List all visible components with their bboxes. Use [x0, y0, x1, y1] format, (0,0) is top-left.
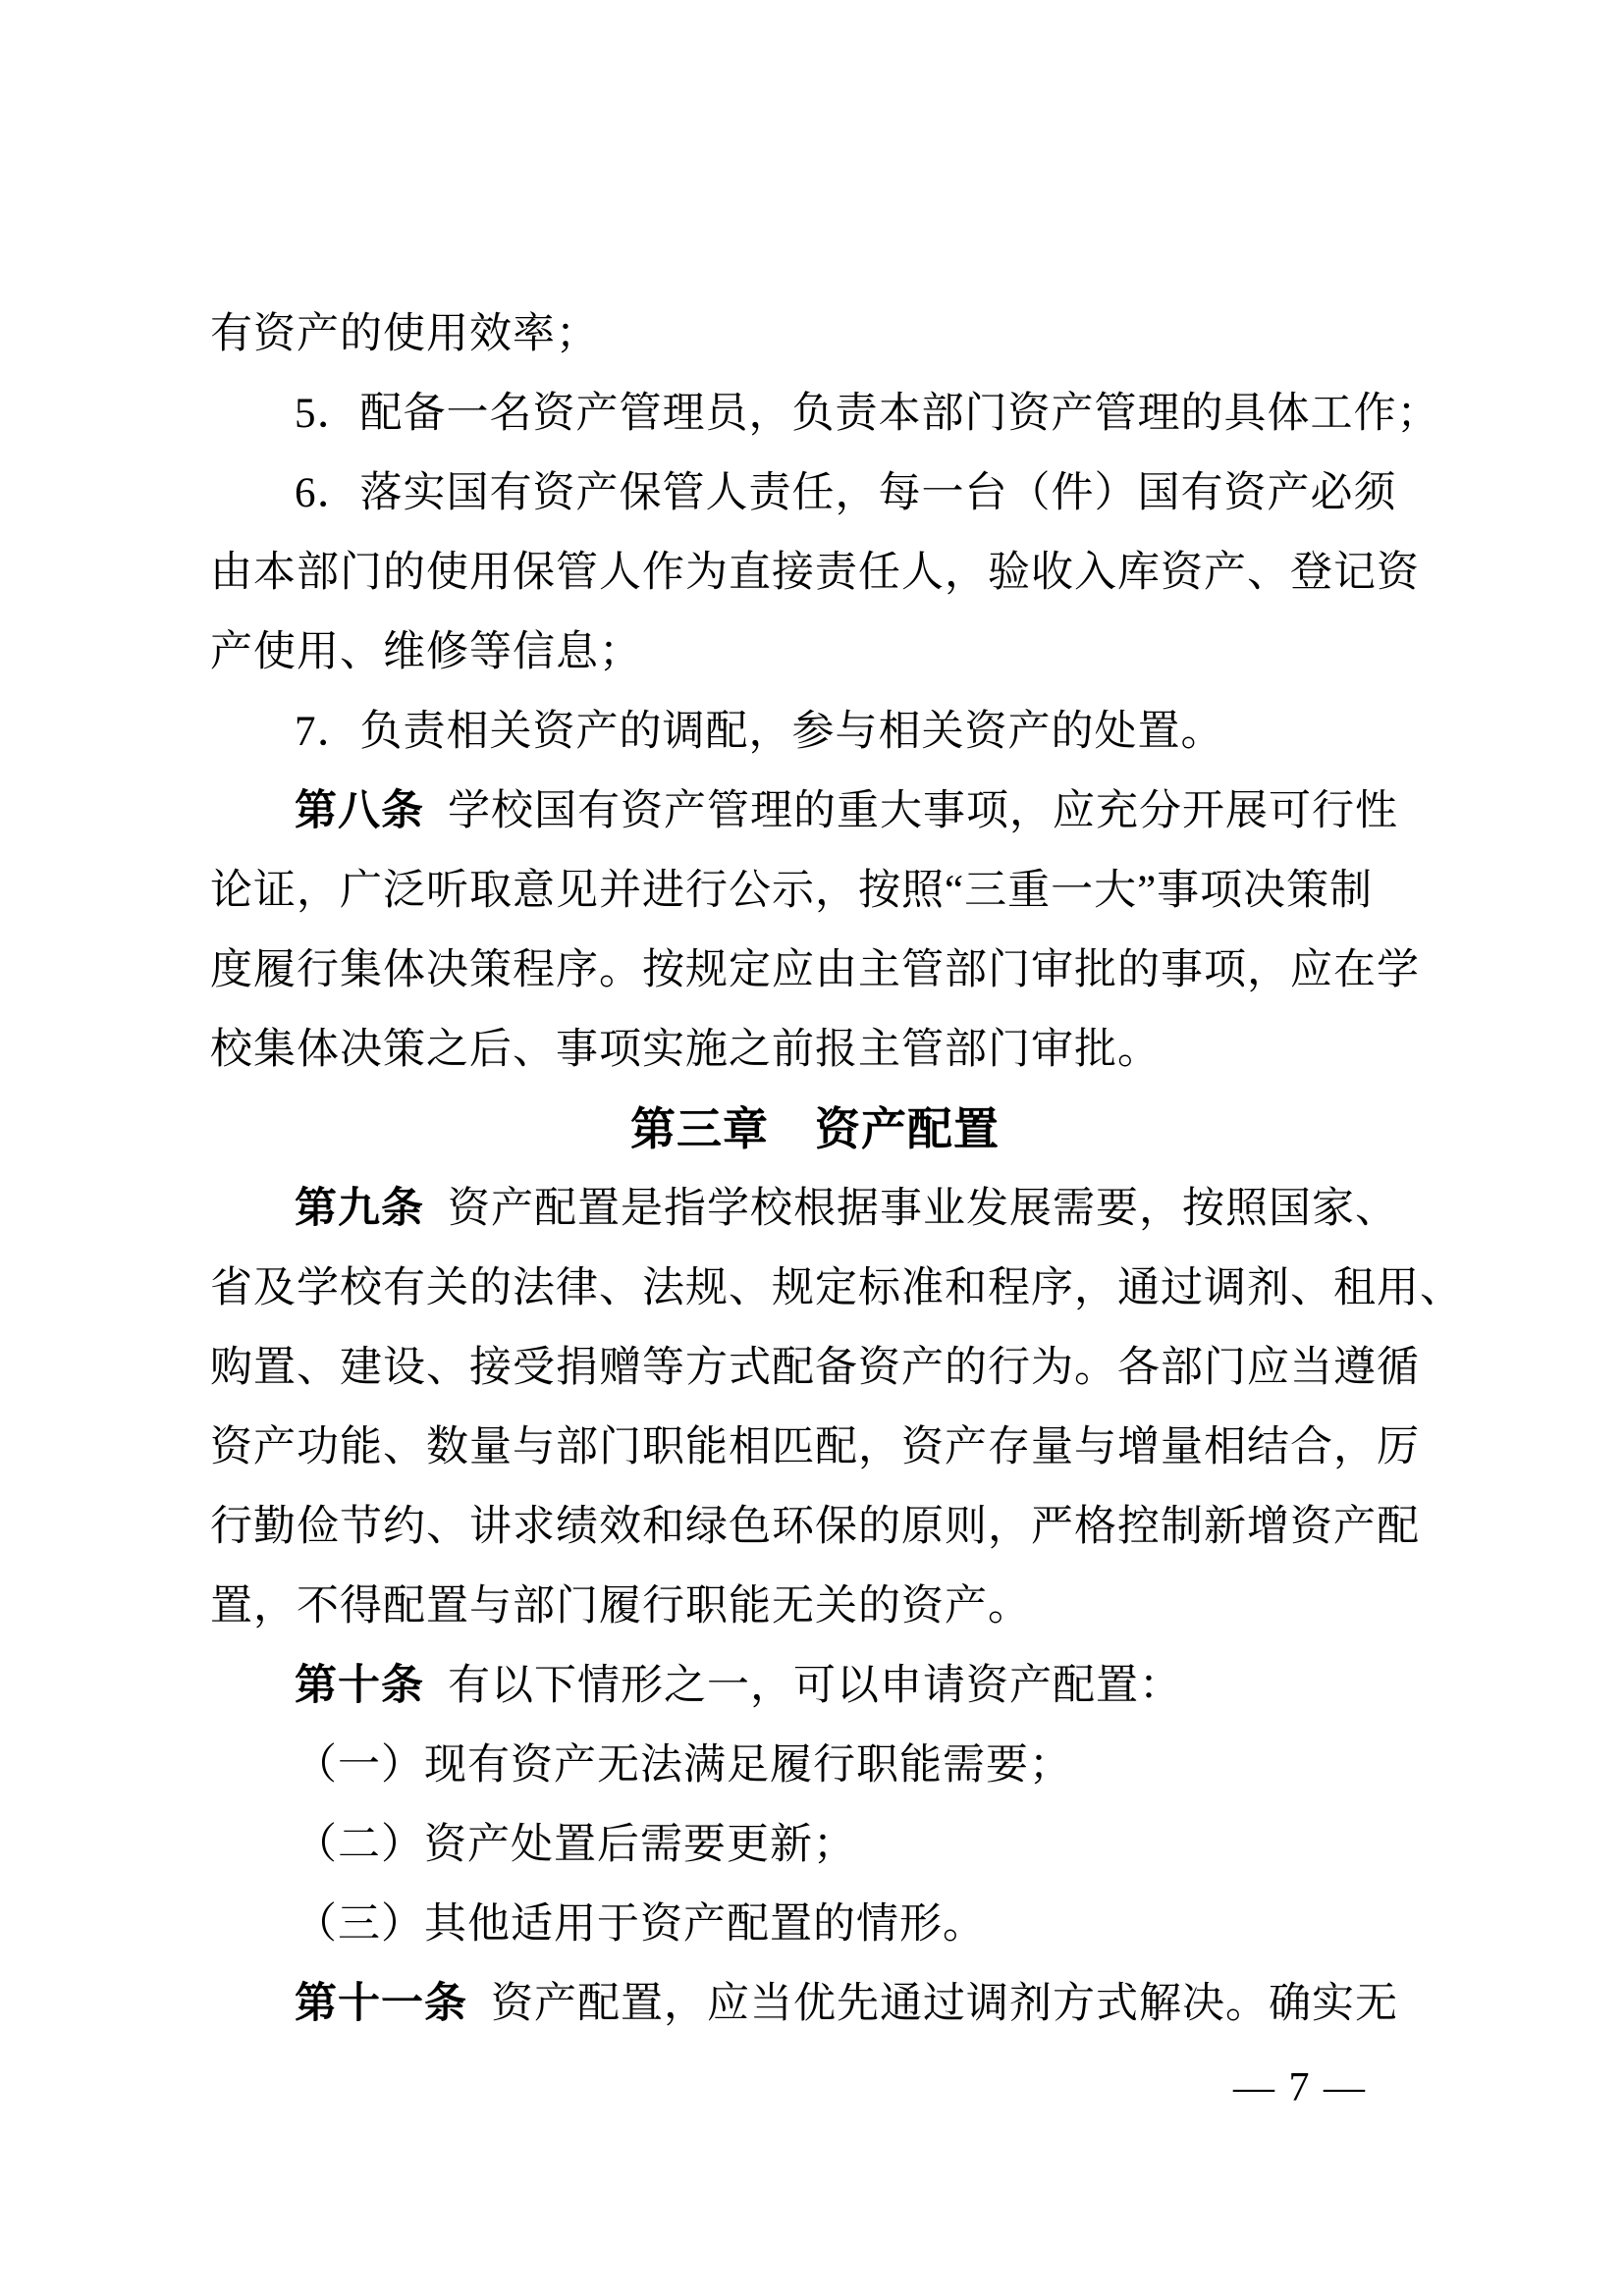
article-term: 第八条 [295, 787, 424, 834]
text-line: 购置、建设、接受捐赠等方式配备资产的行为。各部门应当遵循 [210, 1328, 1420, 1408]
article-term: 第十一条 [295, 1980, 467, 2027]
line-text: 行勤俭节约、讲求绩效和绿色环保的原则，严格控制新增资产配 [210, 1504, 1420, 1550]
line-text: 有资产的使用效率； [210, 311, 599, 357]
text-line: 5．配备一名资产管理员，负责本部门资产管理的具体工作； [210, 374, 1420, 454]
line-text: 6．落实国有资产保管人责任，每一台（件）国有资产必须 [295, 470, 1397, 516]
text-line: 置，不得配置与部门履行职能无关的资产。 [210, 1567, 1420, 1646]
line-text: 资产配置是指学校根据事业发展需要，按照国家、 [448, 1186, 1398, 1232]
text-line-article-10: 第十条有以下情形之一，可以申请资产配置： [210, 1646, 1420, 1726]
line-text: 校集体决策之后、事项实施之前报主管部门审批。 [210, 1027, 1161, 1073]
line-text: 7．负责相关资产的调配，参与相关资产的处置。 [295, 709, 1224, 755]
text-line: 产使用、维修等信息； [210, 613, 1420, 692]
line-text: 由本部门的使用保管人作为直接责任人，验收入库资产、登记资 [210, 550, 1420, 596]
line-text: 置，不得配置与部门履行职能无关的资产。 [210, 1583, 1031, 1629]
text-line: 6．落实国有资产保管人责任，每一台（件）国有资产必须 [210, 454, 1420, 533]
text-line-item-1: （一）现有资产无法满足履行职能需要； [210, 1726, 1420, 1805]
article-term: 第十条 [295, 1662, 424, 1709]
text-line-article-11: 第十一条资产配置，应当优先通过调剂方式解决。确实无 [210, 1964, 1420, 2044]
text-line: 有资产的使用效率； [210, 294, 1420, 374]
text-line-item-3: （三）其他适用于资产配置的情形。 [210, 1885, 1420, 1964]
line-text: （一）现有资产无法满足履行职能需要； [295, 1742, 1072, 1789]
chapter-heading: 第三章 资产配置 [210, 1090, 1420, 1169]
document-page: 有资产的使用效率； 5．配备一名资产管理员，负责本部门资产管理的具体工作； 6．… [0, 0, 1624, 2296]
text-line: 7．负责相关资产的调配，参与相关资产的处置。 [210, 692, 1420, 772]
line-text: 购置、建设、接受捐赠等方式配备资产的行为。各部门应当遵循 [210, 1345, 1420, 1391]
line-text: 资产配置，应当优先通过调剂方式解决。确实无 [491, 1981, 1398, 2027]
document-body: 有资产的使用效率； 5．配备一名资产管理员，负责本部门资产管理的具体工作； 6．… [210, 294, 1420, 2044]
line-text: 5．配备一名资产管理员，负责本部门资产管理的具体工作； [295, 391, 1440, 437]
text-line: 行勤俭节约、讲求绩效和绿色环保的原则，严格控制新增资产配 [210, 1487, 1420, 1567]
line-text: 论证，广泛听取意见并进行公示，按照“三重一大”事项决策制 [210, 868, 1373, 914]
line-text: （三）其他适用于资产配置的情形。 [295, 1901, 986, 1948]
text-line: 度履行集体决策程序。按规定应由主管部门审批的事项，应在学 [210, 931, 1420, 1010]
text-line-article-9: 第九条资产配置是指学校根据事业发展需要，按照国家、 [210, 1169, 1420, 1249]
text-line-article-8: 第八条学校国有资产管理的重大事项，应充分开展可行性 [210, 772, 1420, 851]
text-line: 省及学校有关的法律、法规、规定标准和程序，通过调剂、租用、 [210, 1249, 1420, 1328]
line-text: 有以下情形之一，可以申请资产配置： [448, 1663, 1182, 1709]
text-line: 校集体决策之后、事项实施之前报主管部门审批。 [210, 1010, 1420, 1090]
text-line-item-2: （二）资产处置后需要更新； [210, 1805, 1420, 1885]
text-line: 由本部门的使用保管人作为直接责任人，验收入库资产、登记资 [210, 533, 1420, 613]
article-term: 第九条 [295, 1185, 424, 1232]
line-text: 学校国有资产管理的重大事项，应充分开展可行性 [448, 788, 1398, 834]
page-number: — 7 — [1233, 2065, 1367, 2110]
line-text: （二）资产处置后需要更新； [295, 1822, 856, 1868]
line-text: 省及学校有关的法律、法规、规定标准和程序，通过调剂、租用、 [210, 1265, 1463, 1311]
text-line: 资产功能、数量与部门职能相匹配，资产存量与增量相结合，厉 [210, 1408, 1420, 1487]
line-text: 资产功能、数量与部门职能相匹配，资产存量与增量相结合，厉 [210, 1424, 1420, 1470]
text-line: 论证，广泛听取意见并进行公示，按照“三重一大”事项决策制 [210, 851, 1420, 931]
line-text: 产使用、维修等信息； [210, 629, 642, 675]
line-text: 度履行集体决策程序。按规定应由主管部门审批的事项，应在学 [210, 947, 1420, 993]
